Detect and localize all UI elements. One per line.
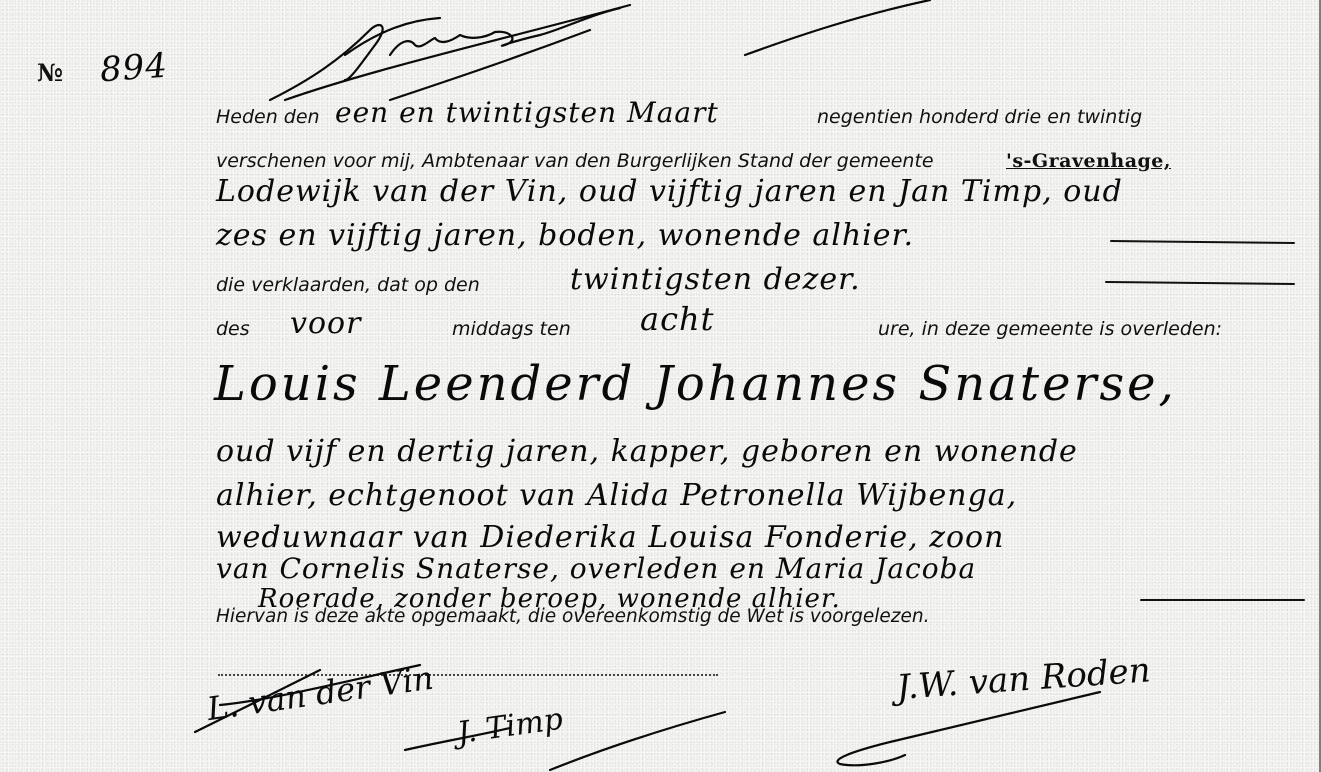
top-signature-strokes bbox=[250, 0, 670, 110]
top-right-strike-line bbox=[740, 0, 940, 60]
closing-printed-statement: Hiervan is deze akte opgemaakt, die over… bbox=[216, 606, 929, 627]
line6-printed-middags: middags ten bbox=[452, 318, 571, 340]
line5-handwritten-date: twintigsten dezer. bbox=[570, 262, 861, 297]
witness2-signature-strokes bbox=[400, 700, 730, 772]
line6-printed-died: ure, in deze gemeente is overleden: bbox=[878, 318, 1222, 340]
line8-handwritten-age-occupation: oud vijf en dertig jaren, kapper, gebore… bbox=[216, 434, 1078, 469]
record-number: 894 bbox=[99, 46, 170, 91]
line6-handwritten-hour: acht bbox=[640, 300, 714, 338]
deceased-name: Louis Leenderd Johannes Snaterse, bbox=[214, 356, 1177, 412]
registrar-signature-underline bbox=[830, 690, 1190, 770]
line9-handwritten-spouse: alhier, echtgenoot van Alida Petronella … bbox=[216, 478, 1017, 513]
line6-printed-des: des bbox=[216, 318, 250, 340]
top-signature: J. Timp bbox=[0, 0, 1, 1]
line11-handwritten-parents: van Cornelis Snaterse, overleden en Mari… bbox=[216, 552, 976, 585]
line4-fill-dash bbox=[1110, 240, 1295, 244]
line2-printed-registrar-text: verschenen voor mij, Ambtenaar van den B… bbox=[216, 150, 934, 172]
line5-fill-dash bbox=[1105, 281, 1295, 285]
line1-printed-heden-den: Heden den bbox=[216, 106, 320, 128]
line2-municipality: 's-Gravenhage, bbox=[1006, 150, 1171, 172]
line1-printed-year: negentien honderd drie en twintig bbox=[817, 106, 1142, 128]
line4-handwritten-witnesses-cont: zes en vijftig jaren, boden, wonende alh… bbox=[216, 218, 914, 253]
line5-printed-declared: die verklaarden, dat op den bbox=[216, 274, 480, 296]
line1-handwritten-date: een en twintigsten Maart bbox=[335, 96, 719, 129]
line6-handwritten-voor: voor bbox=[290, 306, 361, 341]
line3-handwritten-witnesses: Lodewijk van der Vin, oud vijftig jaren … bbox=[216, 174, 1123, 209]
line12-fill-dash bbox=[1140, 599, 1305, 601]
record-number-sign: № bbox=[37, 58, 63, 87]
line10-handwritten-widower: weduwnaar van Diederika Louisa Fonderie,… bbox=[216, 520, 1004, 555]
death-certificate-page: № 894 J. Timp Heden den een en twintigst… bbox=[0, 0, 1321, 772]
